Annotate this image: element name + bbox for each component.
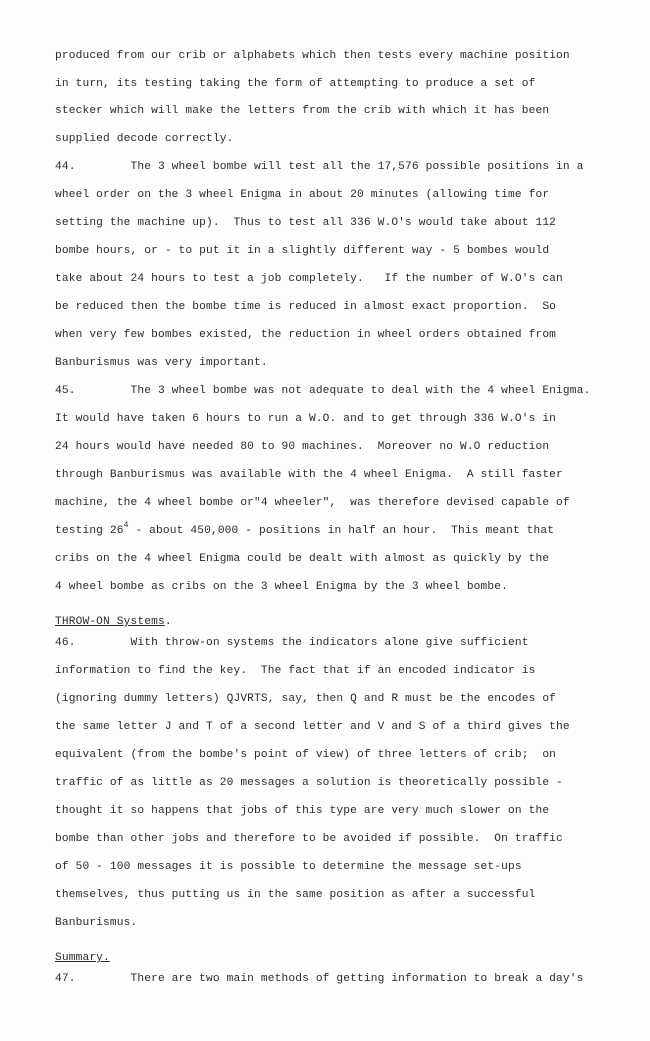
text-line: It would have taken 6 hours to run a W.O…	[55, 412, 556, 426]
text-line: traffic of as little as 20 messages a so…	[55, 776, 563, 790]
text-line: setting the machine up). Thus to test al…	[55, 216, 556, 230]
text-line: Banburismus was very important.	[55, 356, 268, 370]
text-line: 45. The 3 wheel bombe was not adequate t…	[55, 384, 590, 398]
text-line: the same letter J and T of a second lett…	[55, 720, 570, 734]
text-line: when very few bombes existed, the reduct…	[55, 328, 556, 342]
text-line: wheel order on the 3 wheel Enigma in abo…	[55, 188, 549, 202]
text-line: stecker which will make the letters from…	[55, 104, 549, 118]
text-line: in turn, its testing taking the form of …	[55, 77, 535, 91]
text-line: take about 24 hours to test a job comple…	[55, 272, 563, 286]
text-line: 46. With throw-on systems the indicators…	[55, 636, 529, 650]
text-line: 44. The 3 wheel bombe will test all the …	[55, 160, 584, 174]
testing-prefix: testing 26	[55, 525, 124, 537]
heading-punct: .	[165, 616, 172, 628]
text-line: bombe than other jobs and therefore to b…	[55, 832, 563, 846]
text-line: 4 wheel bombe as cribs on the 3 wheel En…	[55, 580, 508, 594]
text-line-testing: testing 264 - about 450,000 - positions …	[55, 524, 554, 538]
text-line: machine, the 4 wheel bombe or"4 wheeler"…	[55, 496, 570, 510]
text-line: equivalent (from the bombe's point of vi…	[55, 748, 556, 762]
text-line: produced from our crib or alphabets whic…	[55, 49, 570, 63]
document-page	[0, 0, 650, 1041]
heading-throw-on-systems: THROW-ON Systems.	[55, 615, 172, 629]
text-line: through Banburismus was available with t…	[55, 468, 563, 482]
text-line: 24 hours would have needed 80 to 90 mach…	[55, 440, 549, 454]
text-line: themselves, thus putting us in the same …	[55, 888, 535, 902]
text-line: bombe hours, or - to put it in a slightl…	[55, 244, 549, 258]
text-line: of 50 - 100 messages it is possible to d…	[55, 860, 522, 874]
text-line: thought it so happens that jobs of this …	[55, 804, 549, 818]
text-line: cribs on the 4 wheel Enigma could be dea…	[55, 552, 549, 566]
text-line: be reduced then the bombe time is reduce…	[55, 300, 556, 314]
heading-throw-on-text: THROW-ON Systems	[55, 616, 165, 628]
testing-suffix: - about 450,000 - positions in half an h…	[129, 525, 555, 537]
text-line: Banburismus.	[55, 916, 137, 930]
text-line: information to find the key. The fact th…	[55, 664, 535, 678]
text-line: 47. There are two main methods of gettin…	[55, 972, 584, 986]
heading-summary: Summary.	[55, 951, 110, 965]
text-line: (ignoring dummy letters) QJVRTS, say, th…	[55, 692, 556, 706]
text-line: supplied decode correctly.	[55, 132, 233, 146]
